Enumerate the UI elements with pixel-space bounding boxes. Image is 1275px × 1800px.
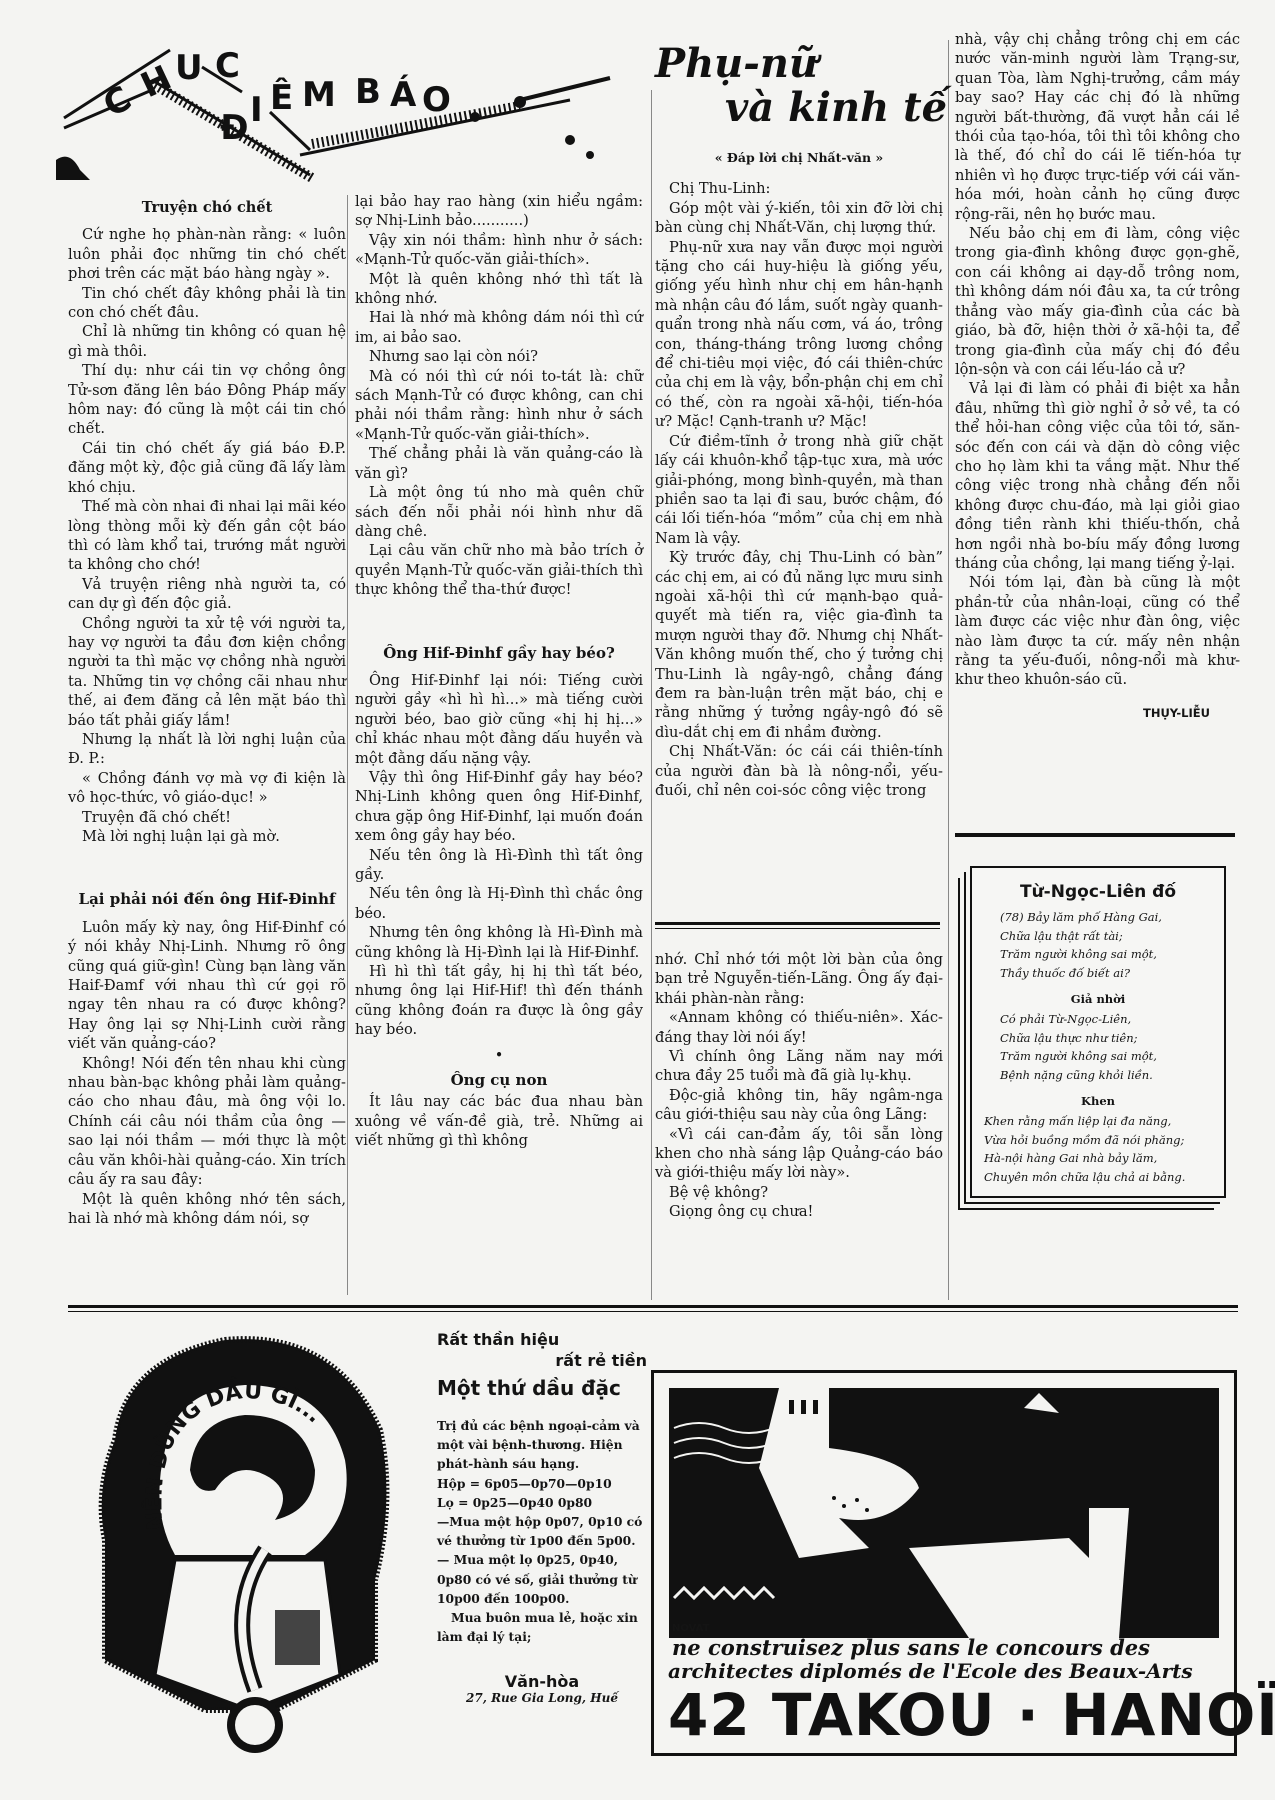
paragraph: Nhưng tên ông không là Hì-Đình mà cũng k… xyxy=(355,923,643,962)
column-divider xyxy=(948,40,949,1300)
masthead: C H U C Đ I Ê M B Á O xyxy=(50,20,640,190)
paragraph: Hì hì thì tất gầy, hị hị thì tất béo, nh… xyxy=(355,962,643,1040)
vendor-name: Văn-hòa xyxy=(437,1672,647,1691)
paragraph: Lại câu văn chữ nho mà bảo trích ở quyền… xyxy=(355,541,643,599)
paragraph: Hai là nhớ mà không dám nói thì cứ im, a… xyxy=(355,308,643,347)
section-rule xyxy=(955,833,1235,837)
answer-line: Có phải Từ-Ngọc-Liên, xyxy=(972,1010,1224,1029)
paragraph: Vả truyện riêng nhà người ta, có can dự … xyxy=(68,575,346,614)
paragraph: Cứ điềm-tĩnh ở trong nhà giữ chặt lấy cá… xyxy=(655,432,943,548)
paragraph: Ít lâu nay các bác đua nhau bàn xuông về… xyxy=(355,1092,643,1150)
oil-advertisement: Rất thần hiệu rất rẻ tiền Một thứ dầu đặ… xyxy=(437,1330,647,1705)
article-title-line2: và kinh tế xyxy=(725,84,947,131)
section-rule xyxy=(655,922,940,925)
article-title-line1: Phụ-nữ xyxy=(655,40,818,87)
ad-body-line: Mua buôn mua lẻ, hoặc xin làm đại lý tại… xyxy=(437,1608,647,1646)
paragraph: Nếu bảo chị em đi làm, công việc trong g… xyxy=(955,224,1240,379)
paragraph: Thế chẳng phải là văn quảng-cáo là văn g… xyxy=(355,444,643,483)
masthead-letter: B xyxy=(355,72,381,112)
paragraph: Bệ vệ không? xyxy=(655,1183,943,1202)
riddle-line: Trăm người không sai một, xyxy=(972,945,1224,964)
answer-line: Trăm người không sai một, xyxy=(972,1047,1224,1066)
paragraph: Vì chính ông Lãng năm nay mới chưa đầy 2… xyxy=(655,1047,943,1086)
paragraph: Độc-giả không tin, hãy ngâm-nga câu giới… xyxy=(655,1086,943,1125)
architect-advertisement: NOVAT ne construisez plus sans le concou… xyxy=(651,1370,1237,1756)
riddle-line: (78) Bảy lăm phố Hàng Gai, xyxy=(972,908,1224,927)
masthead-letter: O xyxy=(422,80,451,120)
paragraph: Vậy thì ông Hif-Đinhf gầy hay béo? Nhị-L… xyxy=(355,768,643,846)
paragraph: Mà có nói thì cứ nói to-tát là: chữ sách… xyxy=(355,367,643,445)
paragraph: Thí dụ: như cái tin vợ chồng ông Tử-sơn … xyxy=(68,361,346,439)
paragraph: Chị Nhất-Văn: óc cái cái thiên-tính của … xyxy=(655,742,943,800)
paragraph: «Annam không có thiếu-niên». Xác-đáng th… xyxy=(655,1008,943,1047)
page-rule xyxy=(68,1311,1238,1312)
tagline-line-1: ne construisez plus sans le concours des xyxy=(672,1635,1150,1660)
price-line: Lọ = 0p25—0p40 0p80 xyxy=(437,1493,647,1512)
vendor-address: 27, Rue Gia Long, Huế xyxy=(437,1691,647,1705)
paragraph: Giọng ông cụ chưa! xyxy=(655,1202,943,1221)
praise-line: Chuyên môn chữa lậu chả ai bằng. xyxy=(972,1168,1224,1187)
paragraph: «Vì cái can-đảm ấy, tôi sẵn lòng khen ch… xyxy=(655,1125,943,1183)
paragraph: Một là quên không nhớ tên sách, hai là n… xyxy=(68,1190,346,1229)
paragraph: Thế mà còn nhai đi nhai lại mãi kéo lòng… xyxy=(68,497,346,575)
paragraph: Nhưng lạ nhất là lời nghị luận của Đ. P.… xyxy=(68,730,346,769)
paragraph: Là một ông tú nho mà quên chữ sách đến n… xyxy=(355,483,643,541)
ad-body-line: —Mua một hộp 0p07, 0p10 có vé thưởng từ … xyxy=(437,1512,647,1550)
answer-heading: Giả nhời xyxy=(972,992,1224,1006)
ad-headline: rất rẻ tiền xyxy=(437,1351,647,1370)
section-separator: • xyxy=(355,1046,643,1065)
article-subtitle: « Đáp lời chị Nhất-văn » xyxy=(655,148,943,167)
paragraph: Góp một vài ý-kiến, tôi xin đỡ lời chị b… xyxy=(655,199,943,238)
section-rule xyxy=(655,928,940,929)
masthead-letter: I xyxy=(250,90,263,130)
column-2: lại bảo hay rao hàng (xin hiểu ngầm: sợ … xyxy=(355,192,643,1151)
paragraph: Chồng người ta xử tệ với người ta, hay v… xyxy=(68,614,346,730)
paragraph: « Chồng đánh vợ mà vợ đi kiện là vô học-… xyxy=(68,769,346,808)
architecture-illustration xyxy=(669,1388,1219,1638)
price-line: Hộp = 6p05—0p70—0p10 xyxy=(437,1474,647,1493)
paragraph: Luôn mấy kỳ nay, ông Hif-Đinhf có ý nói … xyxy=(68,918,346,1054)
masthead-letter: Á xyxy=(390,75,416,115)
answer-line: Bệnh nặng cũng khỏi liền. xyxy=(972,1066,1224,1085)
artist-signature: NOVAT xyxy=(672,1623,709,1634)
signature: THỤY-LIỄU xyxy=(955,704,1240,723)
praise-line: Hà-nội hàng Gai nhà bảy lăm, xyxy=(972,1149,1224,1168)
ad-headline: Rất thần hiệu xyxy=(437,1330,647,1349)
paragraph: Vậy xin nói thầm: hình như ở sách: «Mạnh… xyxy=(355,231,643,270)
column-divider xyxy=(651,90,652,1300)
masthead-letter: Ê xyxy=(270,78,293,118)
paragraph: Kỳ trước đây, chị Thu-Linh có bàn” các c… xyxy=(655,548,943,742)
column-4: nhà, vậy chị chẳng trông chị em các nước… xyxy=(955,30,1240,723)
tagline-line-2: architectes diplomés de l'Ecole des Beau… xyxy=(668,1659,1193,1683)
article-heading: Lại phải nói đến ông Hif-Đinhf xyxy=(68,890,346,909)
column-3-lower: nhớ. Chỉ nhớ tới một lời bàn của ông bạn… xyxy=(655,950,943,1222)
paragraph: Truyện đã chó chết! xyxy=(68,808,346,827)
paragraph: Phụ-nữ xưa nay vẫn được mọi người tặng c… xyxy=(655,238,943,432)
paragraph: Nếu tên ông là Hì-Đình thì tất ông gầy. xyxy=(355,846,643,885)
paragraph: Nếu tên ông là Hị-Đình thì chắc ông béo. xyxy=(355,884,643,923)
masthead-letter: U xyxy=(175,48,203,88)
masthead-letter: C xyxy=(215,46,240,86)
paragraph: nhớ. Chỉ nhớ tới một lời bàn của ông bạn… xyxy=(655,950,943,1008)
riddle-line: Chữa lậu thật rất tài; xyxy=(972,927,1224,946)
question-mark-emblem-icon: NÊN DÙNG DẦU GÌ... xyxy=(95,1320,395,1760)
oil-emblem: NÊN DÙNG DẦU GÌ... xyxy=(95,1320,395,1760)
column-3: « Đáp lời chị Nhất-văn » Chị Thu-Linh: G… xyxy=(655,148,943,800)
page-rule xyxy=(68,1305,1238,1308)
article-heading: Ông Hif-Đinhf gầy hay béo? xyxy=(355,644,643,663)
paragraph: Cái tin chó chết ấy giá báo Đ.P. đăng mộ… xyxy=(68,439,346,497)
column-1: Truyện chó chết Cứ nghe họ phàn-nàn rằng… xyxy=(68,198,346,1228)
ad-body-line: Trị đủ các bệnh ngoại-cảm và một vài bện… xyxy=(437,1416,647,1474)
answer-line: Chữa lậu thực như tiên; xyxy=(972,1029,1224,1048)
paragraph: Vả lại đi làm có phải đi biệt xa hẳn đâu… xyxy=(955,379,1240,573)
paragraph: Mà lời nghị luận lại gà mờ. xyxy=(68,827,346,846)
masthead-letter: M xyxy=(302,75,336,115)
poster-address: 42 TAKOU · HANOÏ xyxy=(668,1681,1275,1749)
doctor-advertisement: Từ-Ngọc-Liên đố (78) Bảy lăm phố Hàng Ga… xyxy=(970,866,1226,1198)
paragraph: Nhưng sao lại còn nói? xyxy=(355,347,643,366)
paragraph: nhà, vậy chị chẳng trông chị em các nước… xyxy=(955,30,1240,224)
masthead-zigzag-ornament xyxy=(50,20,640,190)
paragraph: Tin chó chết đây không phải là tin con c… xyxy=(68,284,346,323)
paragraph: lại bảo hay rao hàng (xin hiểu ngầm: sợ … xyxy=(355,192,643,231)
praise-line: Khen rằng mấn liệp lại đa năng, xyxy=(972,1112,1224,1131)
article-heading: Ông cụ non xyxy=(355,1071,643,1090)
paragraph: Chỉ là những tin không có quan hệ gì mà … xyxy=(68,322,346,361)
paragraph: Không! Nói đến tên nhau khi cùng nhau bà… xyxy=(68,1054,346,1190)
paragraph: Cứ nghe họ phàn-nàn rằng: « luôn luôn ph… xyxy=(68,225,346,283)
column-divider xyxy=(347,195,348,1295)
riddle-line: Thầy thuốc đố biết ai? xyxy=(972,964,1224,983)
praise-heading: Khen xyxy=(972,1094,1224,1108)
salutation: Chị Thu-Linh: xyxy=(655,179,943,198)
ad-headline: Một thứ dầu đặc xyxy=(437,1376,647,1400)
paragraph: Ông Hif-Đinhf lại nói: Tiếng cười người … xyxy=(355,671,643,768)
paragraph: Một là quên không nhớ thì tất là không n… xyxy=(355,270,643,309)
masthead-letter: Đ xyxy=(220,108,249,148)
article-heading: Truyện chó chết xyxy=(68,198,346,217)
ad-body-line: — Mua một lọ 0p25, 0p40, 0p80 có vé số, … xyxy=(437,1550,647,1608)
ad-title: Từ-Ngọc-Liên đố xyxy=(972,882,1224,902)
praise-line: Vừa hỏi buồng mồm đã nói phăng; xyxy=(972,1131,1224,1150)
paragraph: Nói tóm lại, đàn bà cũng là một phần-tử … xyxy=(955,573,1240,689)
